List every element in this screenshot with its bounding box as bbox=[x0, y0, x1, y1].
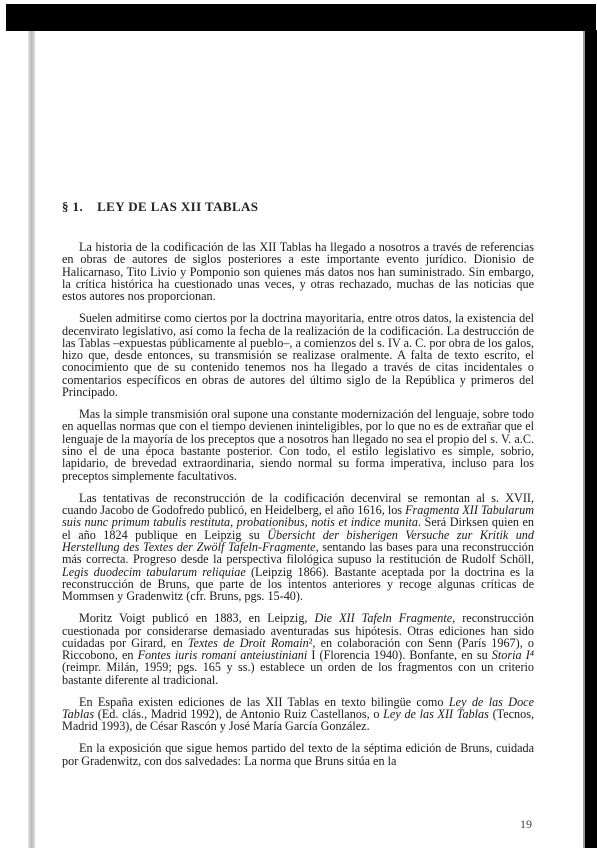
paragraph-7: En la exposición que sigue hemos partido… bbox=[62, 742, 534, 767]
paragraph-5: Moritz Voigt publicó en 1883, en Leipzig… bbox=[62, 612, 534, 686]
scan-border-right bbox=[585, 30, 597, 848]
scan-page-edge-left bbox=[28, 31, 35, 848]
text-run: (reimpr. Milán, 1959; pgs. 165 y ss.) es… bbox=[62, 660, 534, 686]
scan-border-top bbox=[6, 4, 596, 31]
body-text: La historia de la codificación de las XI… bbox=[62, 241, 534, 777]
paragraph-4: Las tentativas de reconstrucción de la c… bbox=[62, 492, 534, 603]
page-number: 19 bbox=[520, 817, 532, 832]
paragraph-6: En España existen ediciones de las XII T… bbox=[62, 696, 534, 733]
paragraph-3: Mas la simple transmisión oral supone un… bbox=[62, 408, 534, 482]
paragraph-1: La historia de la codificación de las XI… bbox=[62, 241, 534, 302]
section-heading: § 1.LEY DE LAS XII TABLAS bbox=[62, 199, 258, 215]
book-title: Ley de las XII Tablas bbox=[383, 707, 489, 721]
paragraph-2: Suelen admitirse como ciertos por la doc… bbox=[62, 312, 534, 398]
section-number: § 1. bbox=[62, 199, 83, 214]
section-title: LEY DE LAS XII TABLAS bbox=[97, 199, 258, 214]
